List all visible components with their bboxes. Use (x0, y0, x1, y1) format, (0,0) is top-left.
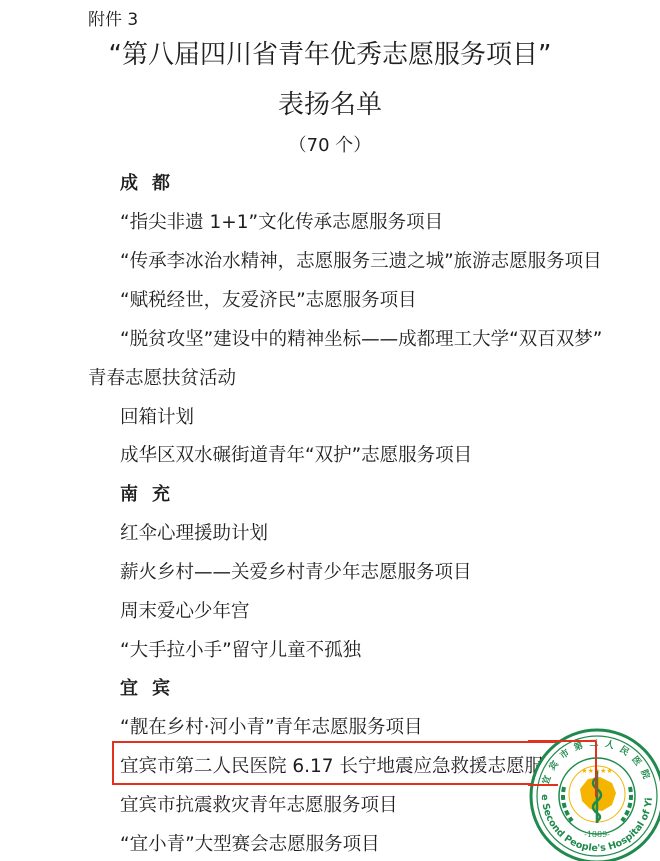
list-item: “传承李冰治水精神，志愿服务三遗之城”旅游志愿服务项目 (120, 250, 602, 274)
region-heading-nanchong: 南充 (120, 483, 184, 507)
list-item: “大手拉小手”留守儿童不孤独 (120, 639, 361, 663)
highlight-box (112, 741, 596, 785)
list-item-continuation: 青春志愿扶贫活动 (88, 367, 236, 391)
hospital-seal-icon: 宜宾市第二人民医院 The Second People's Hospital o… (528, 727, 660, 861)
list-item: “指尖非遗 1+1”文化传承志愿服务项目 (120, 211, 443, 235)
hospital-seal-logo: 宜宾市第二人民医院 The Second People's Hospital o… (528, 727, 660, 861)
document-subtitle: 表扬名单 (0, 88, 660, 122)
list-item: “宜小青”大型赛会志愿服务项目 (120, 833, 380, 857)
attachment-label: 附件 3 (88, 8, 138, 32)
list-item: 回箱计划 (120, 406, 194, 430)
region-heading-yibin: 宜宾 (120, 677, 184, 701)
list-item: “靓在乡村·河小青”青年志愿服务项目 (120, 716, 423, 740)
document-title: “第八届四川省青年优秀志愿服务项目” (0, 38, 660, 72)
list-item: 成华区双水碾街道青年“双护”志愿服务项目 (120, 444, 472, 468)
svg-text:-1889-: -1889- (584, 830, 610, 839)
list-item: 宜宾市抗震救灾青年志愿服务项目 (120, 794, 398, 818)
region-heading-chengdu: 成都 (120, 172, 184, 196)
list-item: 薪火乡村——关爱乡村青少年志愿服务项目 (120, 561, 472, 585)
item-count: （70 个） (0, 134, 660, 158)
list-item: 红伞心理援助计划 (120, 522, 268, 546)
list-item: “赋税经世，友爱济民”志愿服务项目 (120, 289, 417, 313)
list-item: 周末爱心少年宫 (120, 600, 250, 624)
list-item: “脱贫攻坚”建设中的精神坐标——成都理工大学“双百双梦” (120, 328, 602, 352)
